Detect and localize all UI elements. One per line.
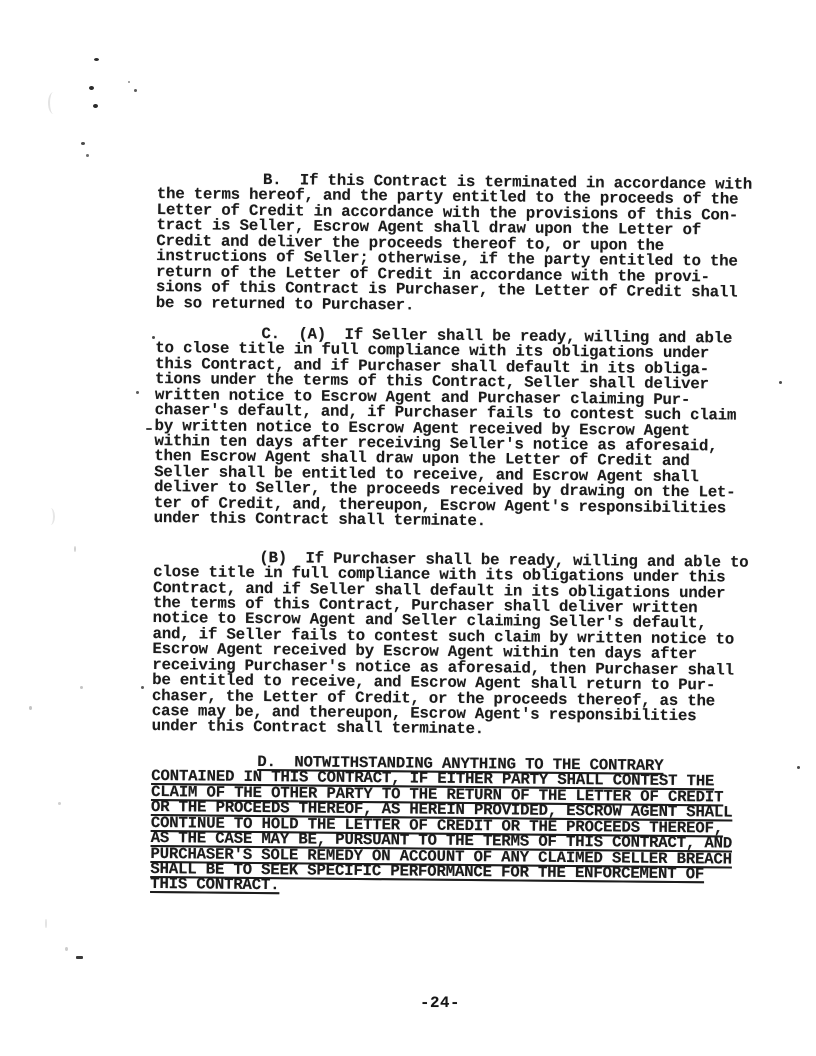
contract-text-block: B. If this Contract is terminated in acc… bbox=[150, 172, 785, 899]
scan-smudge-artifact bbox=[45, 919, 47, 928]
paragraph-d-underlined: D. NOTWITHSTANDING ANYTHING TO THE CONTR… bbox=[150, 754, 779, 899]
scan-speck-artifact bbox=[29, 706, 32, 710]
scan-speck-artifact bbox=[81, 142, 85, 145]
paragraph-c-a: C. (A) If Seller shall be ready, willing… bbox=[154, 326, 784, 533]
scan-speck-artifact bbox=[74, 546, 76, 552]
scan-speck-artifact bbox=[93, 104, 98, 108]
scan-smudge-artifact bbox=[48, 92, 59, 114]
scan-speck-artifact bbox=[86, 154, 89, 157]
scan-speck-artifact bbox=[80, 686, 83, 689]
scan-speck-artifact bbox=[94, 58, 99, 61]
scan-speck-artifact bbox=[146, 428, 152, 430]
scan-speck-artifact bbox=[76, 956, 83, 959]
scan-speck-artifact bbox=[141, 686, 144, 689]
scan-smudge-artifact bbox=[46, 508, 55, 525]
scan-speck-artifact bbox=[128, 81, 130, 83]
paragraph-b: B. If this Contract is terminated in acc… bbox=[156, 172, 785, 317]
scanned-contract-page: { "document": { "page_number": "-24-", "… bbox=[0, 0, 816, 1056]
scan-speck-artifact bbox=[58, 802, 61, 805]
scan-speck-artifact bbox=[797, 766, 800, 769]
scan-speck-artifact bbox=[65, 947, 68, 951]
page-number: -24- bbox=[420, 994, 460, 1012]
scan-speck-artifact bbox=[89, 86, 94, 90]
paragraph-c-b: (B) If Purchaser shall be ready, willing… bbox=[152, 550, 782, 741]
scan-speck-artifact bbox=[136, 391, 139, 394]
scan-speck-artifact bbox=[134, 89, 137, 92]
